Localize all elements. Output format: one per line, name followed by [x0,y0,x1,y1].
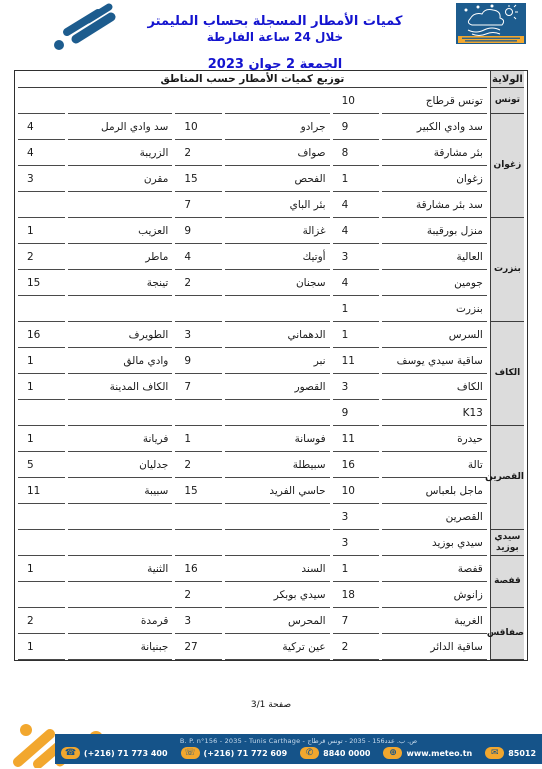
rainfall-value-cell [175,296,222,322]
station-name-cell: جومين [382,270,487,296]
table-row: ساقية سيدي يوسف11نبر9وادي مالق1 [18,348,524,374]
station-name-cell: العزيب [68,218,173,244]
table-row: زغوانسد وادي الكبير9جرادو10سد وادي الرمل… [18,114,524,140]
table-row: بنزرت1 [18,296,524,322]
table-row: العالية3أوتيك4ماطر2 [18,244,524,270]
rainfall-value-cell: 4 [18,140,65,166]
rainfall-value-cell: 7 [175,374,222,400]
rainfall-value-cell: 2 [333,634,380,660]
fax-icon: ☏ [181,747,200,759]
station-name-cell: نبر [225,348,330,374]
rainfall-value-cell [175,504,222,530]
rainfall-value-cell: 2 [175,270,222,296]
rainfall-value-cell: 1 [333,166,380,192]
station-name-cell [68,192,173,218]
rainfall-value-cell: 10 [333,478,380,504]
rainfall-table-body: تونستونس قرطاج10زغوانسد وادي الكبير9جراد… [18,88,524,660]
table-row: K139 [18,400,524,426]
station-name-cell: ساقية الدائر [382,634,487,660]
rainfall-value-cell: 3 [333,244,380,270]
governorate-cell: بنزرت [490,218,524,322]
inm-emblem-logo [456,3,526,44]
table-row: القصرين3 [18,504,524,530]
station-name-cell: الكاف المدينة [68,374,173,400]
station-name-cell: قرمدة [68,608,173,634]
station-name-cell [68,88,173,114]
governorate-cell: زغوان [490,114,524,218]
rainfall-value-cell: 11 [18,478,65,504]
table-row: الكافالسرس1الدهماني3الطويرف16 [18,322,524,348]
rainfall-value-cell: 4 [175,244,222,270]
station-name-cell: سبيبة [68,478,173,504]
rainfall-value-cell: 3 [175,608,222,634]
rainfall-value-cell: 15 [18,270,65,296]
footer-banner: B. P. n°156 - 2035 - Tunis Carthage - ص.… [55,734,542,764]
footer-contacts: ☎(+216) 71 773 400☏(+216) 71 772 609✆884… [55,747,542,759]
rainfall-value-cell: 9 [333,114,380,140]
station-name-cell: جرادو [225,114,330,140]
station-name-cell [68,582,173,608]
rainfall-value-cell: 9 [333,400,380,426]
station-name-cell [225,296,330,322]
station-name-cell: منزل بورقيبة [382,218,487,244]
station-name-cell [225,530,330,556]
rainfall-value-cell: 1 [18,634,65,660]
rainfall-value-cell [175,530,222,556]
station-name-cell: سجنان [225,270,330,296]
rainfall-value-cell: 4 [333,218,380,244]
table-row: زانوش18سيدي بوبكر2 [18,582,524,608]
rainfall-value-cell: 1 [18,426,65,452]
rainfall-value-cell: 4 [18,114,65,140]
station-name-cell: أوتيك [225,244,330,270]
station-name-cell [68,400,173,426]
station-name-cell: غزالة [225,218,330,244]
table-row: جومين4سجنان2تينجة15 [18,270,524,296]
table-row: سيدي بوزيدسيدي بوزيد3 [18,530,524,556]
rainfall-value-cell: 2 [18,244,65,270]
table-row: بنزرتمنزل بورقيبة4غزالة9العزيب1 [18,218,524,244]
station-name-cell: سيدي بوزيد [382,530,487,556]
rainfall-value-cell: 1 [333,322,380,348]
station-name-cell: فريانة [68,426,173,452]
inm-brand-logo [10,0,128,54]
rainfall-value-cell [18,400,65,426]
governorate-cell: القصرين [490,426,524,530]
rainfall-bulletin-page: كميات الأمطار المسجلة بحساب المليمتر خلا… [0,0,542,769]
station-name-cell: تالة [382,452,487,478]
rainfall-value-cell: 7 [333,608,380,634]
rainfall-value-cell: 8 [333,140,380,166]
rainfall-table-grid: الولاية توزيع كميات الأمطار حسب المناطق … [15,71,527,660]
contact-fax: ☏(+216) 71 772 609 [181,747,288,759]
station-name-cell: سد بئر مشارقة [382,192,487,218]
station-name-cell: عين تركية [225,634,330,660]
contact-text: 8840 0000 [323,749,370,758]
table-row: صفاقسالغريبة7المحرس3قرمدة2 [18,608,524,634]
rainfall-value-cell: 3 [333,374,380,400]
rainfall-value-cell [18,296,65,322]
sms-icon: ✉ [485,747,504,759]
rainfall-value-cell: 1 [175,426,222,452]
station-name-cell [68,504,173,530]
rainfall-value-cell: 4 [333,192,380,218]
station-name-cell: المحرس [225,608,330,634]
station-name-cell: جدليان [68,452,173,478]
station-name-cell: فوسانة [225,426,330,452]
table-row: القصرينحيدرة11فوسانة1فريانة1 [18,426,524,452]
rainfall-value-cell: 1 [18,374,65,400]
station-name-cell: سبيطلة [225,452,330,478]
phone-icon: ☎ [61,747,80,759]
station-name-cell: ماطر [68,244,173,270]
page-number: صفحة 3/1 [0,700,542,710]
station-name-cell: سد وادي الرمل [68,114,173,140]
rainfall-value-cell: 7 [175,192,222,218]
region-column-header: الولاية [490,71,524,88]
station-name-cell: الزريبة [68,140,173,166]
station-name-cell [225,504,330,530]
footer-address: B. P. n°156 - 2035 - Tunis Carthage - ص.… [55,734,542,745]
rainfall-value-cell: 5 [18,452,65,478]
station-name-cell: صواف [225,140,330,166]
rainfall-value-cell: 2 [18,608,65,634]
table-row: تونستونس قرطاج10 [18,88,524,114]
rainfall-value-cell [18,192,65,218]
rainfall-value-cell: 9 [175,218,222,244]
rainfall-value-cell [18,88,65,114]
station-name-cell: سد وادي الكبير [382,114,487,140]
report-header: كميات الأمطار المسجلة بحساب المليمتر خلا… [120,14,430,72]
station-name-cell: بئر الباي [225,192,330,218]
rainfall-value-cell: 11 [333,348,380,374]
station-name-cell: الكاف [382,374,487,400]
rainfall-value-cell: 10 [175,114,222,140]
contact-handset: ✆8840 0000 [300,747,370,759]
rainfall-value-cell: 2 [175,140,222,166]
rainfall-value-cell: 15 [175,166,222,192]
rainfall-value-cell: 3 [175,322,222,348]
station-name-cell: القصور [225,374,330,400]
contact-text: www.meteo.tn [406,749,472,758]
station-name-cell: تونس قرطاج [382,88,487,114]
contact-globe[interactable]: ⊕www.meteo.tn [383,747,472,759]
contact-phone: ☎(+216) 71 773 400 [61,747,168,759]
table-row: تالة16سبيطلة2جدليان5 [18,452,524,478]
station-name-cell: وادي مالق [68,348,173,374]
rainfall-value-cell: 1 [18,556,65,582]
station-name-cell: زانوش [382,582,487,608]
station-name-cell: زغوان [382,166,487,192]
handset-icon: ✆ [300,747,319,759]
rainfall-value-cell: 3 [18,166,65,192]
table-row: زغوان1الفحص15مقرن3 [18,166,524,192]
station-name-cell: الطويرف [68,322,173,348]
table-row: بئر مشارقة8صواف2الزريبة4 [18,140,524,166]
station-name-cell: ماجل بلعباس [382,478,487,504]
rainfall-value-cell: 11 [333,426,380,452]
governorate-cell: صفاقس [490,608,524,660]
governorate-cell: سيدي بوزيد [490,530,524,556]
rainfall-table: الولاية توزيع كميات الأمطار حسب المناطق … [14,70,528,661]
rainfall-value-cell: 16 [175,556,222,582]
report-title-line1: كميات الأمطار المسجلة بحساب المليمتر [120,14,430,30]
rainfall-value-cell: 3 [333,530,380,556]
rainfall-value-cell [175,88,222,114]
governorate-cell: الكاف [490,322,524,426]
rainfall-value-cell [18,530,65,556]
governorate-cell: تونس [490,88,524,114]
rainfall-value-cell: 3 [333,504,380,530]
rainfall-value-cell: 16 [333,452,380,478]
rainfall-value-cell: 10 [333,88,380,114]
globe-icon: ⊕ [383,747,402,759]
station-name-cell: الغريبة [382,608,487,634]
table-row: قفصةقفصة1السند16الثنية1 [18,556,524,582]
station-name-cell: الفحص [225,166,330,192]
rainfall-value-cell: 1 [333,296,380,322]
table-row: ساقية الدائر2عين تركية27جبنيانة1 [18,634,524,660]
station-name-cell: العالية [382,244,487,270]
table-row: سد بئر مشارقة4بئر الباي7 [18,192,524,218]
rainfall-value-cell [175,400,222,426]
rainfall-value-cell: 4 [333,270,380,296]
station-name-cell: السرس [382,322,487,348]
rainfall-value-cell: 2 [175,582,222,608]
station-name-cell: قفصة [382,556,487,582]
station-name-cell: حيدرة [382,426,487,452]
station-name-cell [225,88,330,114]
table-header-row: الولاية توزيع كميات الأمطار حسب المناطق [18,71,524,88]
station-name-cell: الثنية [68,556,173,582]
rainfall-value-cell: 9 [175,348,222,374]
contact-text: (+216) 71 772 609 [204,749,288,758]
rainfall-value-cell: 1 [18,218,65,244]
distribution-column-header: توزيع كميات الأمطار حسب المناطق [18,71,487,88]
station-name-cell: الدهماني [225,322,330,348]
table-row: الكاف3القصور7الكاف المدينة1 [18,374,524,400]
report-title-line2: خلال 24 ساعة الفارطة [120,30,430,46]
governorate-cell: قفصة [490,556,524,608]
contact-text: (+216) 71 773 400 [84,749,168,758]
station-name-cell: السند [225,556,330,582]
station-name-cell: تينجة [68,270,173,296]
station-name-cell: بئر مشارقة [382,140,487,166]
table-row: ماجل بلعباس10حاسي الفريد15سبيبة11 [18,478,524,504]
rainfall-value-cell [18,504,65,530]
rainfall-value-cell: 16 [18,322,65,348]
contact-sms: ✉85012 [485,747,536,759]
station-name-cell: حاسي الفريد [225,478,330,504]
rainfall-value-cell: 27 [175,634,222,660]
station-name-cell: القصرين [382,504,487,530]
rainfall-value-cell [18,582,65,608]
station-name-cell: سيدي بوبكر [225,582,330,608]
contact-text: 85012 [508,749,536,758]
station-name-cell: K13 [382,400,487,426]
station-name-cell: مقرن [68,166,173,192]
station-name-cell: جبنيانة [68,634,173,660]
station-name-cell [68,530,173,556]
rainfall-value-cell: 1 [18,348,65,374]
station-name-cell [225,400,330,426]
rainfall-value-cell: 2 [175,452,222,478]
station-name-cell [68,296,173,322]
station-name-cell: بنزرت [382,296,487,322]
rainfall-value-cell: 15 [175,478,222,504]
rainfall-value-cell: 1 [333,556,380,582]
station-name-cell: ساقية سيدي يوسف [382,348,487,374]
rainfall-value-cell: 18 [333,582,380,608]
